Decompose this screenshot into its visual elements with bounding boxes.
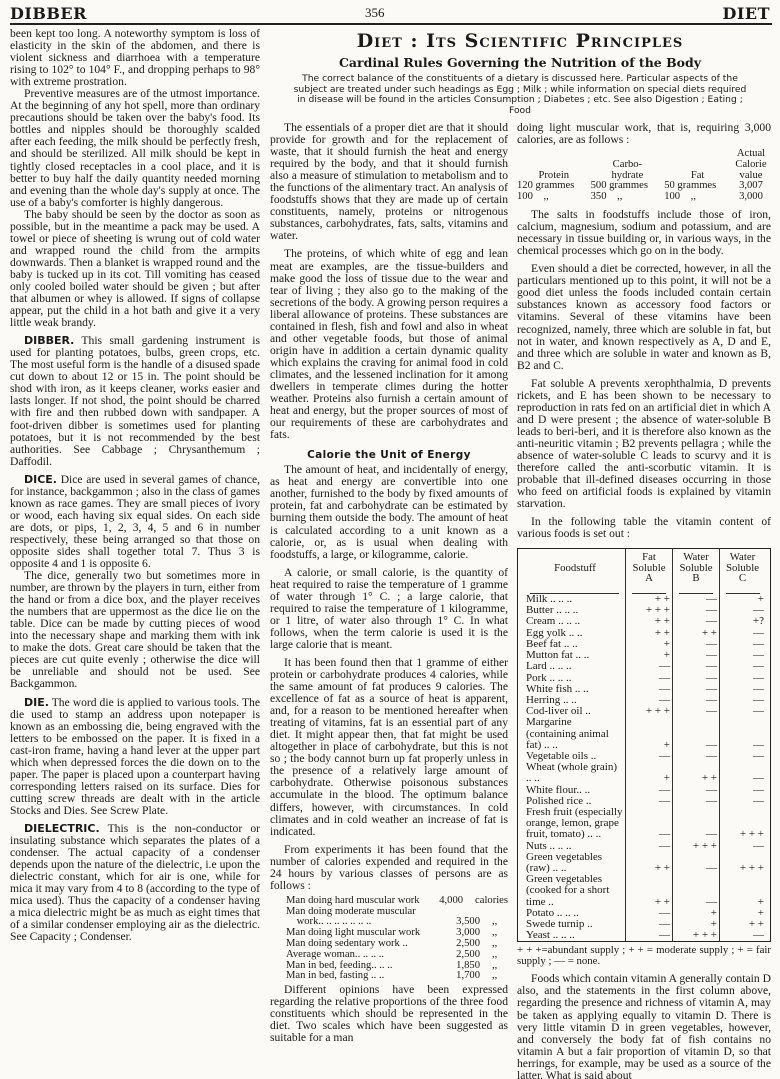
table-cell: Green vegetables (raw) .. .. <box>518 852 626 874</box>
paragraph: A calorie, or small calorie, is the quan… <box>270 567 508 651</box>
table-header: Water Soluble B <box>673 549 720 588</box>
table-cell: Yeast .. .. .. <box>518 930 626 941</box>
paragraph: The essentials of a proper diet are that… <box>270 122 508 242</box>
column-2: The essentials of a proper diet are that… <box>270 122 508 1044</box>
table-cell: + + <box>626 616 673 627</box>
entry-keyword: DIELECTRIC. <box>24 822 100 835</box>
table-cell: — <box>673 706 720 717</box>
table-cell: + <box>626 717 673 751</box>
paragraph: Preventive measures are of the utmost im… <box>10 88 260 208</box>
table-cell: — <box>626 930 673 941</box>
entry-die: DIE. The word die is applied to various … <box>10 697 260 817</box>
table-cell: 350 ,, <box>591 192 665 203</box>
entry-keyword: DIE. <box>24 696 49 709</box>
paragraph: The salts in foodstuffs include those of… <box>517 209 771 257</box>
article-title-block: Diet : Its Scientific Principles Cardina… <box>270 30 770 116</box>
paragraph: The amount of heat, and incidentally of … <box>270 464 508 560</box>
calorie-requirements-list: Man doing hard muscular work4,000calorie… <box>286 896 508 982</box>
paragraph: Different opinions have been expressed r… <box>270 984 508 1044</box>
entry-text: This small gardening instrument is used … <box>10 334 260 467</box>
paragraph: In the following table the vitamin conte… <box>517 516 771 540</box>
entry-keyword: DIBBER. <box>24 334 74 347</box>
table-cell: — <box>673 807 720 841</box>
table-row: Margarine (containing animal fat) .. ..+… <box>518 717 770 751</box>
article-title: Diet : Its Scientific Principles <box>270 30 770 52</box>
table-cell: Green vegetables (cooked for a short tim… <box>518 874 626 908</box>
table-cell: — <box>720 717 771 751</box>
table-cell: — <box>626 796 673 807</box>
column-3: doing light muscular work, that is, requ… <box>517 122 771 1079</box>
table-cell: — <box>673 796 720 807</box>
table-header: Fat <box>664 149 731 181</box>
paragraph: From experiments it has been found that … <box>270 844 508 892</box>
table-cell: — <box>720 841 771 852</box>
table-cell: — <box>720 762 771 784</box>
paragraph: The proteins, of which white of egg and … <box>270 248 508 441</box>
table-cell: +? <box>720 616 771 627</box>
table-cell: + + + <box>673 930 720 941</box>
entry-text: This is the non-conductor or insulating … <box>10 822 260 943</box>
table-cell: — <box>673 616 720 627</box>
paragraph: Even should a diet be corrected, however… <box>517 263 771 371</box>
article-subtitle: Cardinal Rules Governing the Nutrition o… <box>270 55 770 70</box>
entry-dice: DICE. Dice are used in several games of … <box>10 474 260 570</box>
table-cell: — <box>673 852 720 874</box>
header-right-guideword: DIET <box>723 4 770 23</box>
table-cell: — <box>720 796 771 807</box>
table-row: Cream .. .. ..+ +—+? <box>518 616 770 627</box>
table-cell: — <box>720 751 771 762</box>
table-cell: Fresh fruit (especially orange, lemon, g… <box>518 807 626 841</box>
table-header: Protein <box>517 149 591 181</box>
paragraph: been kept too long. A noteworthy symptom… <box>10 28 260 88</box>
paragraph: Fat soluble A prevents xerophthalmia, D … <box>517 378 771 511</box>
table-row: 120 grammes500 grammes50 grammes3,007 <box>517 181 771 192</box>
table-cell: — <box>673 874 720 908</box>
table-row: Yeast .. .. ..—+ + +— <box>518 930 770 941</box>
table-cell: — <box>673 751 720 762</box>
calorie-row: Man in bed, fasting .. ..1,700,, <box>286 971 508 982</box>
table-cell: — <box>626 661 673 672</box>
table-cell: 100 ,, <box>664 192 731 203</box>
table-cell: Cream .. .. .. <box>518 616 626 627</box>
table-row: 100 ,,350 ,,100 ,,3,000 <box>517 192 771 203</box>
column-1: been kept too long. A noteworthy symptom… <box>10 28 260 943</box>
table-header: Carbo- hydrate <box>591 149 665 181</box>
table-cell: — <box>673 661 720 672</box>
table-row: Fresh fruit (especially orange, lemon, g… <box>518 807 770 841</box>
table-cell: + <box>626 762 673 784</box>
table-header: Water Soluble C <box>720 549 771 588</box>
table-cell: + + <box>626 874 673 908</box>
table-row: Green vegetables (cooked for a short tim… <box>518 874 770 908</box>
article-intro: The correct balance of the constituents … <box>270 74 770 116</box>
table-header: Fat Soluble A <box>626 549 673 588</box>
entry-dibber: DIBBER. This small gardening instrument … <box>10 335 260 468</box>
table-header: Actual Calorie value <box>731 149 771 181</box>
entry-text: The word die is applied to various tools… <box>10 696 260 817</box>
table-legend: + + +=abundant supply ; + + = moderate s… <box>517 945 771 967</box>
vitamin-table: FoodstuffFat Soluble AWater Soluble BWat… <box>518 549 770 941</box>
table-cell: + + + <box>720 852 771 874</box>
table-row: Wheat (whole grain) .. ..++ +— <box>518 762 770 784</box>
entry-text: Dice are used in several games of chance… <box>10 473 260 570</box>
paragraph: doing light muscular work, that is, requ… <box>517 122 771 146</box>
table-row: Green vegetables (raw) .. ..+ +—+ + + <box>518 852 770 874</box>
header-rule <box>10 23 772 25</box>
table-cell: Margarine (containing animal fat) .. .. <box>518 717 626 751</box>
scale-table: ProteinCarbo- hydrateFatActual Calorie v… <box>517 149 771 203</box>
table-cell: — <box>720 930 771 941</box>
running-header: DIBBER 356 DIET <box>10 2 770 24</box>
table-cell: — <box>626 841 673 852</box>
paragraph: It has been found then that 1 gramme of … <box>270 657 508 838</box>
table-cell: + + + <box>626 706 673 717</box>
table-cell: + + <box>673 762 720 784</box>
table-row: Lard .. .. ..——— <box>518 661 770 672</box>
section-subheading: Calorie the Unit of Energy <box>270 449 508 461</box>
table-cell: — <box>626 807 673 841</box>
vitamin-content-table: FoodstuffFat Soluble AWater Soluble BWat… <box>517 548 771 942</box>
header-left-guideword: DIBBER <box>10 4 87 23</box>
entry-dielectric: DIELECTRIC. This is the non-conductor or… <box>10 823 260 943</box>
paragraph: The baby should be seen by the doctor as… <box>10 209 260 329</box>
table-cell: + <box>720 874 771 908</box>
paragraph: Foods which contain vitamin A generally … <box>517 973 771 1079</box>
table-cell: 100 ,, <box>517 192 591 203</box>
table-cell: — <box>673 717 720 751</box>
table-cell: + + + <box>673 841 720 852</box>
diet-scale-table: ProteinCarbo- hydrateFatActual Calorie v… <box>517 149 771 203</box>
table-cell: + + <box>626 852 673 874</box>
table-cell: — <box>720 706 771 717</box>
table-cell: Wheat (whole grain) .. .. <box>518 762 626 784</box>
table-cell: Lard .. .. .. <box>518 661 626 672</box>
page-number: 356 <box>365 5 385 21</box>
table-cell: — <box>720 661 771 672</box>
table-cell: — <box>626 751 673 762</box>
table-header: Foodstuff <box>518 549 626 588</box>
paragraph: The dice, generally two but sometimes mo… <box>10 570 260 690</box>
table-cell: + + + <box>720 807 771 841</box>
table-cell: 3,000 <box>731 192 771 203</box>
entry-keyword: DICE. <box>24 473 57 486</box>
